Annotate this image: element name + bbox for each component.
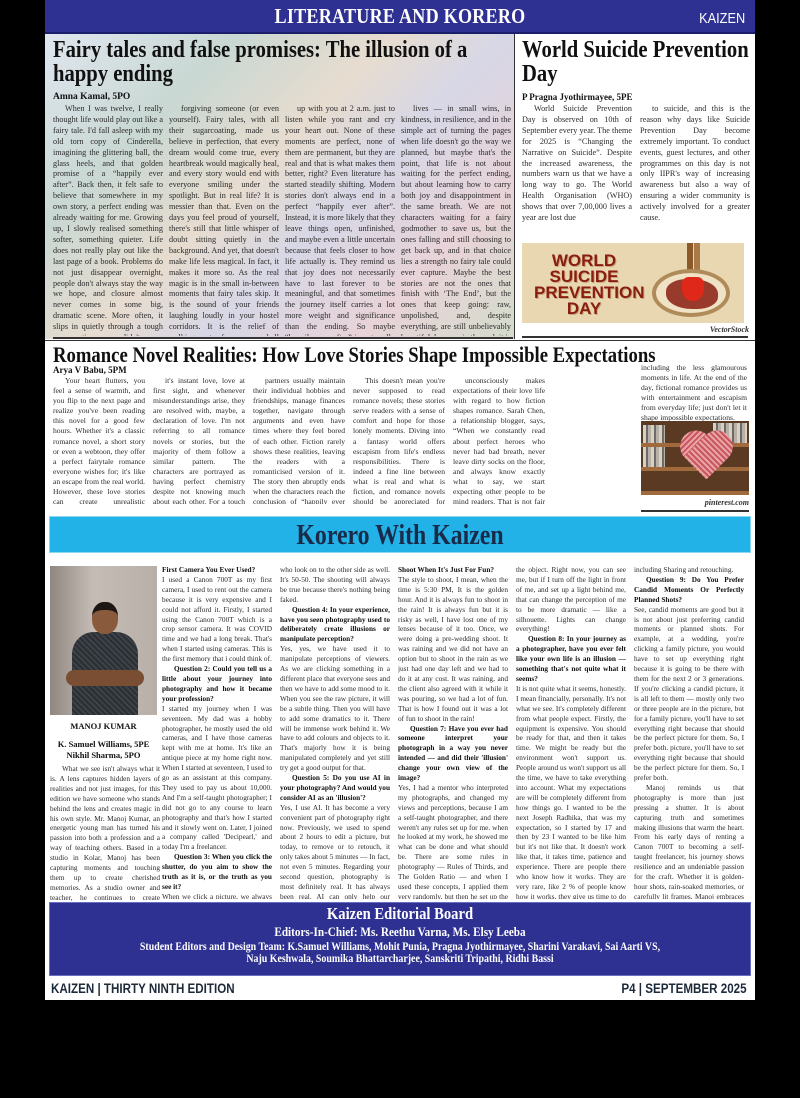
interview-column: who look on to the other side as well. I…: [280, 565, 390, 899]
section-title: LITERATURE AND KORERO: [95, 4, 706, 29]
article-wspd: World Suicide Prevention Day P Pragna Jy…: [516, 34, 755, 339]
newsletter-page: LITERATURE AND KORERO KAIZEN Fairy tales…: [45, 0, 755, 1000]
article-column: partners usually maintain their individu…: [253, 376, 345, 504]
article-column: Your heart flutters, you feel a sense of…: [53, 376, 145, 504]
divider: [522, 336, 748, 338]
korero-title: Korero With Kaizen: [103, 520, 698, 552]
korero-banner: Korero With Kaizen: [49, 516, 751, 553]
article-column: unconsciously makes expectations of thei…: [453, 376, 545, 504]
section-masthead: LITERATURE AND KORERO KAIZEN: [45, 0, 755, 34]
article-headline: World Suicide Prevention Day: [522, 38, 754, 86]
article-romance: Romance Novel Realities: How Love Storie…: [45, 340, 755, 510]
divider: [641, 510, 749, 512]
interview-column: including Sharing and retouching. Questi…: [634, 565, 744, 899]
article-column: lives — in small wins, in kindness, in r…: [401, 104, 511, 336]
interviewee-photo: [50, 566, 157, 715]
article-column: up with you at 2 a.m. just to listen whi…: [285, 104, 395, 336]
article-column: When I was twelve, I really thought life…: [53, 104, 163, 336]
article-byline: P Pragna Jyothirmayee, 5PE: [522, 92, 632, 102]
article-column: This doesn't mean you're never supposed …: [353, 376, 445, 504]
globe-hand-icon: [652, 269, 730, 317]
article-column: World Suicide Prevention Day is observed…: [522, 104, 632, 240]
student-editors: Student Editors and Design Team: K.Samue…: [99, 941, 701, 953]
divider: [53, 337, 513, 339]
article-column: including the less glamourous moments in…: [641, 363, 747, 421]
article-byline: Arya V Babu, 5PM: [53, 365, 127, 375]
editors-in-chief: Editors-In-Chief: Ms. Reethu Varna, Ms. …: [99, 924, 701, 940]
interview-section: MANOJ KUMAR K. Samuel Williams, 5PE Nikh…: [45, 560, 755, 900]
interview-column: First Camera You Ever Used? I used a Can…: [162, 565, 272, 899]
image-credit: pinterest.com: [705, 498, 749, 507]
wspd-illustration: WORLD SUICIDE PREVENTION DAY: [522, 243, 744, 323]
page-footer: KAIZEN | THIRTY NINTH EDITION P4 | SEPTE…: [45, 978, 755, 1000]
article-headline: Fairy tales and false promises: The illu…: [53, 38, 509, 86]
editorial-title: Kaizen Editorial Board: [99, 904, 701, 924]
bookshelf-heart-photo: [641, 421, 749, 495]
article-byline: Amna Kamal, 5PO: [53, 92, 130, 102]
article-column: it's instant love, love at first sight, …: [153, 376, 245, 504]
editorial-board: Kaizen Editorial Board Editors-In-Chief:…: [49, 902, 751, 976]
article-column: to suicide, and this is the reason why d…: [640, 104, 750, 240]
image-credit: VectorStock: [710, 325, 749, 334]
illustration-text: WORLD SUICIDE PREVENTION DAY: [534, 253, 634, 317]
student-editors: Naju Keshwala, Soumika Bhattarcharjee, S…: [99, 953, 701, 965]
brand-label: KAIZEN: [699, 10, 745, 27]
interviewer-credits: K. Samuel Williams, 5PE Nikhil Sharma, 5…: [50, 739, 157, 761]
article-column: forgiving someone (or even yourself). Fa…: [169, 104, 279, 336]
noose-rope-icon: [694, 243, 700, 271]
photo-caption: MANOJ KUMAR: [50, 721, 157, 731]
article-fairy-tales: Fairy tales and false promises: The illu…: [45, 34, 515, 339]
interview-column: the object. Right now, you can see me, b…: [516, 565, 626, 899]
edition-label: KAIZEN | THIRTY NINTH EDITION: [51, 981, 235, 996]
page-date-label: P4 | SEPTEMBER 2025: [622, 981, 747, 996]
heart-icon: [675, 433, 737, 487]
interview-column: Shoot When It's Just For Fun? The style …: [398, 565, 508, 899]
